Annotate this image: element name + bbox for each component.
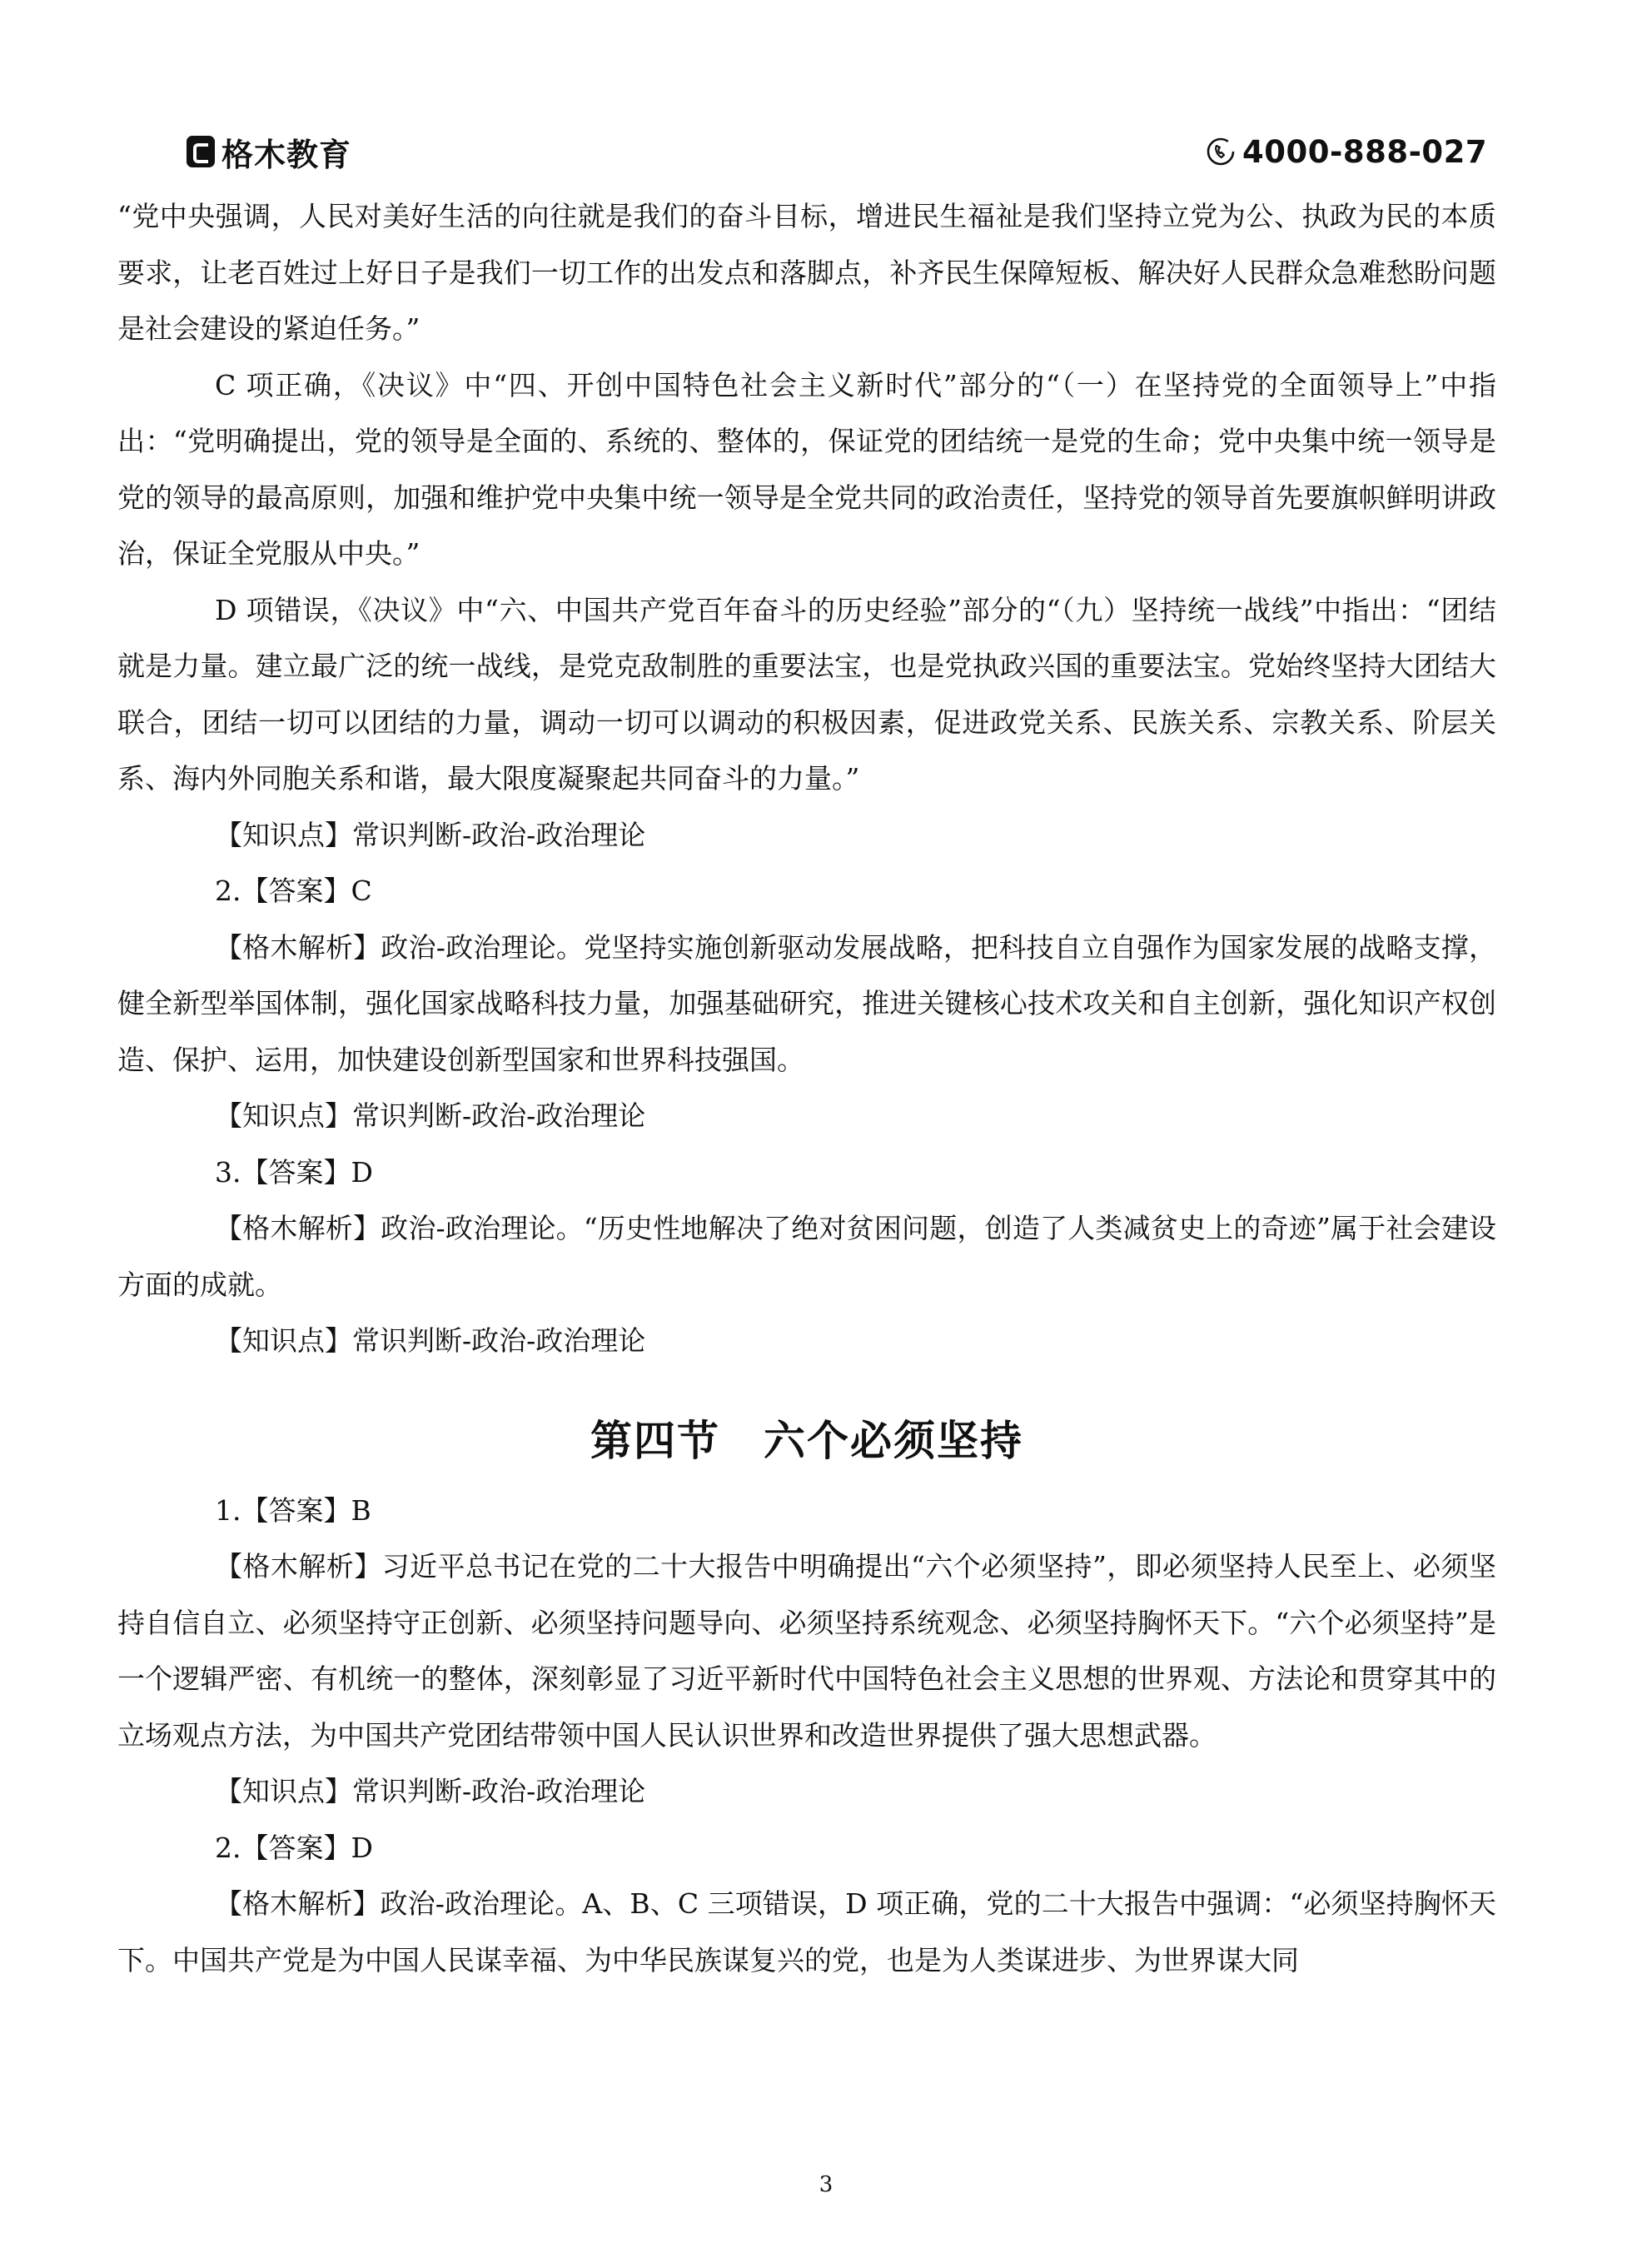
header-logo: 格木教育 — [187, 132, 351, 172]
answer-line: 2.【答案】D — [117, 1820, 1496, 1877]
analysis-paragraph: 【格木解析】政治-政治理论。“历史性地解决了绝对贫困问题，创造了人类减贫史上的奇… — [117, 1200, 1496, 1313]
knowledge-point: 【知识点】常识判断-政治-政治理论 — [117, 1088, 1496, 1144]
knowledge-point: 【知识点】常识判断-政治-政治理论 — [117, 1313, 1496, 1369]
answer-line: 1.【答案】B — [117, 1483, 1496, 1539]
document-page: 格木教育 4000-888-027 “党中央强调，人民对美好生活的向往就是我们的… — [0, 0, 1652, 2243]
paragraph: “党中央强调，人民对美好生活的向往就是我们的奋斗目标，增进民生福祉是我们坚持立党… — [117, 188, 1496, 357]
answer-line: 3.【答案】D — [117, 1144, 1496, 1201]
logo-icon — [187, 136, 215, 167]
phone-number: 4000-888-027 — [1242, 134, 1487, 170]
logo-text: 格木教育 — [221, 129, 351, 175]
document-body: “党中央强调，人民对美好生活的向往就是我们的奋斗目标，增进民生福祉是我们坚持立党… — [117, 188, 1496, 1988]
page-number: 3 — [0, 2172, 1652, 2197]
knowledge-point: 【知识点】常识判断-政治-政治理论 — [117, 807, 1496, 864]
answer-line: 2.【答案】C — [117, 863, 1496, 920]
phone-icon — [1206, 137, 1236, 167]
paragraph: D 项错误，《决议》中“六、中国共产党百年奋斗的历史经验”部分的“（九）坚持统一… — [117, 582, 1496, 807]
paragraph: C 项正确，《决议》中“四、开创中国特色社会主义新时代”部分的“（一）在坚持党的… — [117, 357, 1496, 582]
analysis-paragraph: 【格木解析】政治-政治理论。党坚持实施创新驱动发展战略，把科技自立自强作为国家发… — [117, 920, 1496, 1089]
analysis-paragraph: 【格木解析】习近平总书记在党的二十大报告中明确提出“六个必须坚持”，即必须坚持人… — [117, 1538, 1496, 1763]
analysis-paragraph: 【格木解析】政治-政治理论。A、B、C 三项错误，D 项正确，党的二十大报告中强… — [117, 1876, 1496, 1988]
knowledge-point: 【知识点】常识判断-政治-政治理论 — [117, 1763, 1496, 1820]
section-title: 第四节 六个必须坚持 — [117, 1408, 1496, 1474]
header-phone: 4000-888-027 — [1206, 132, 1487, 172]
